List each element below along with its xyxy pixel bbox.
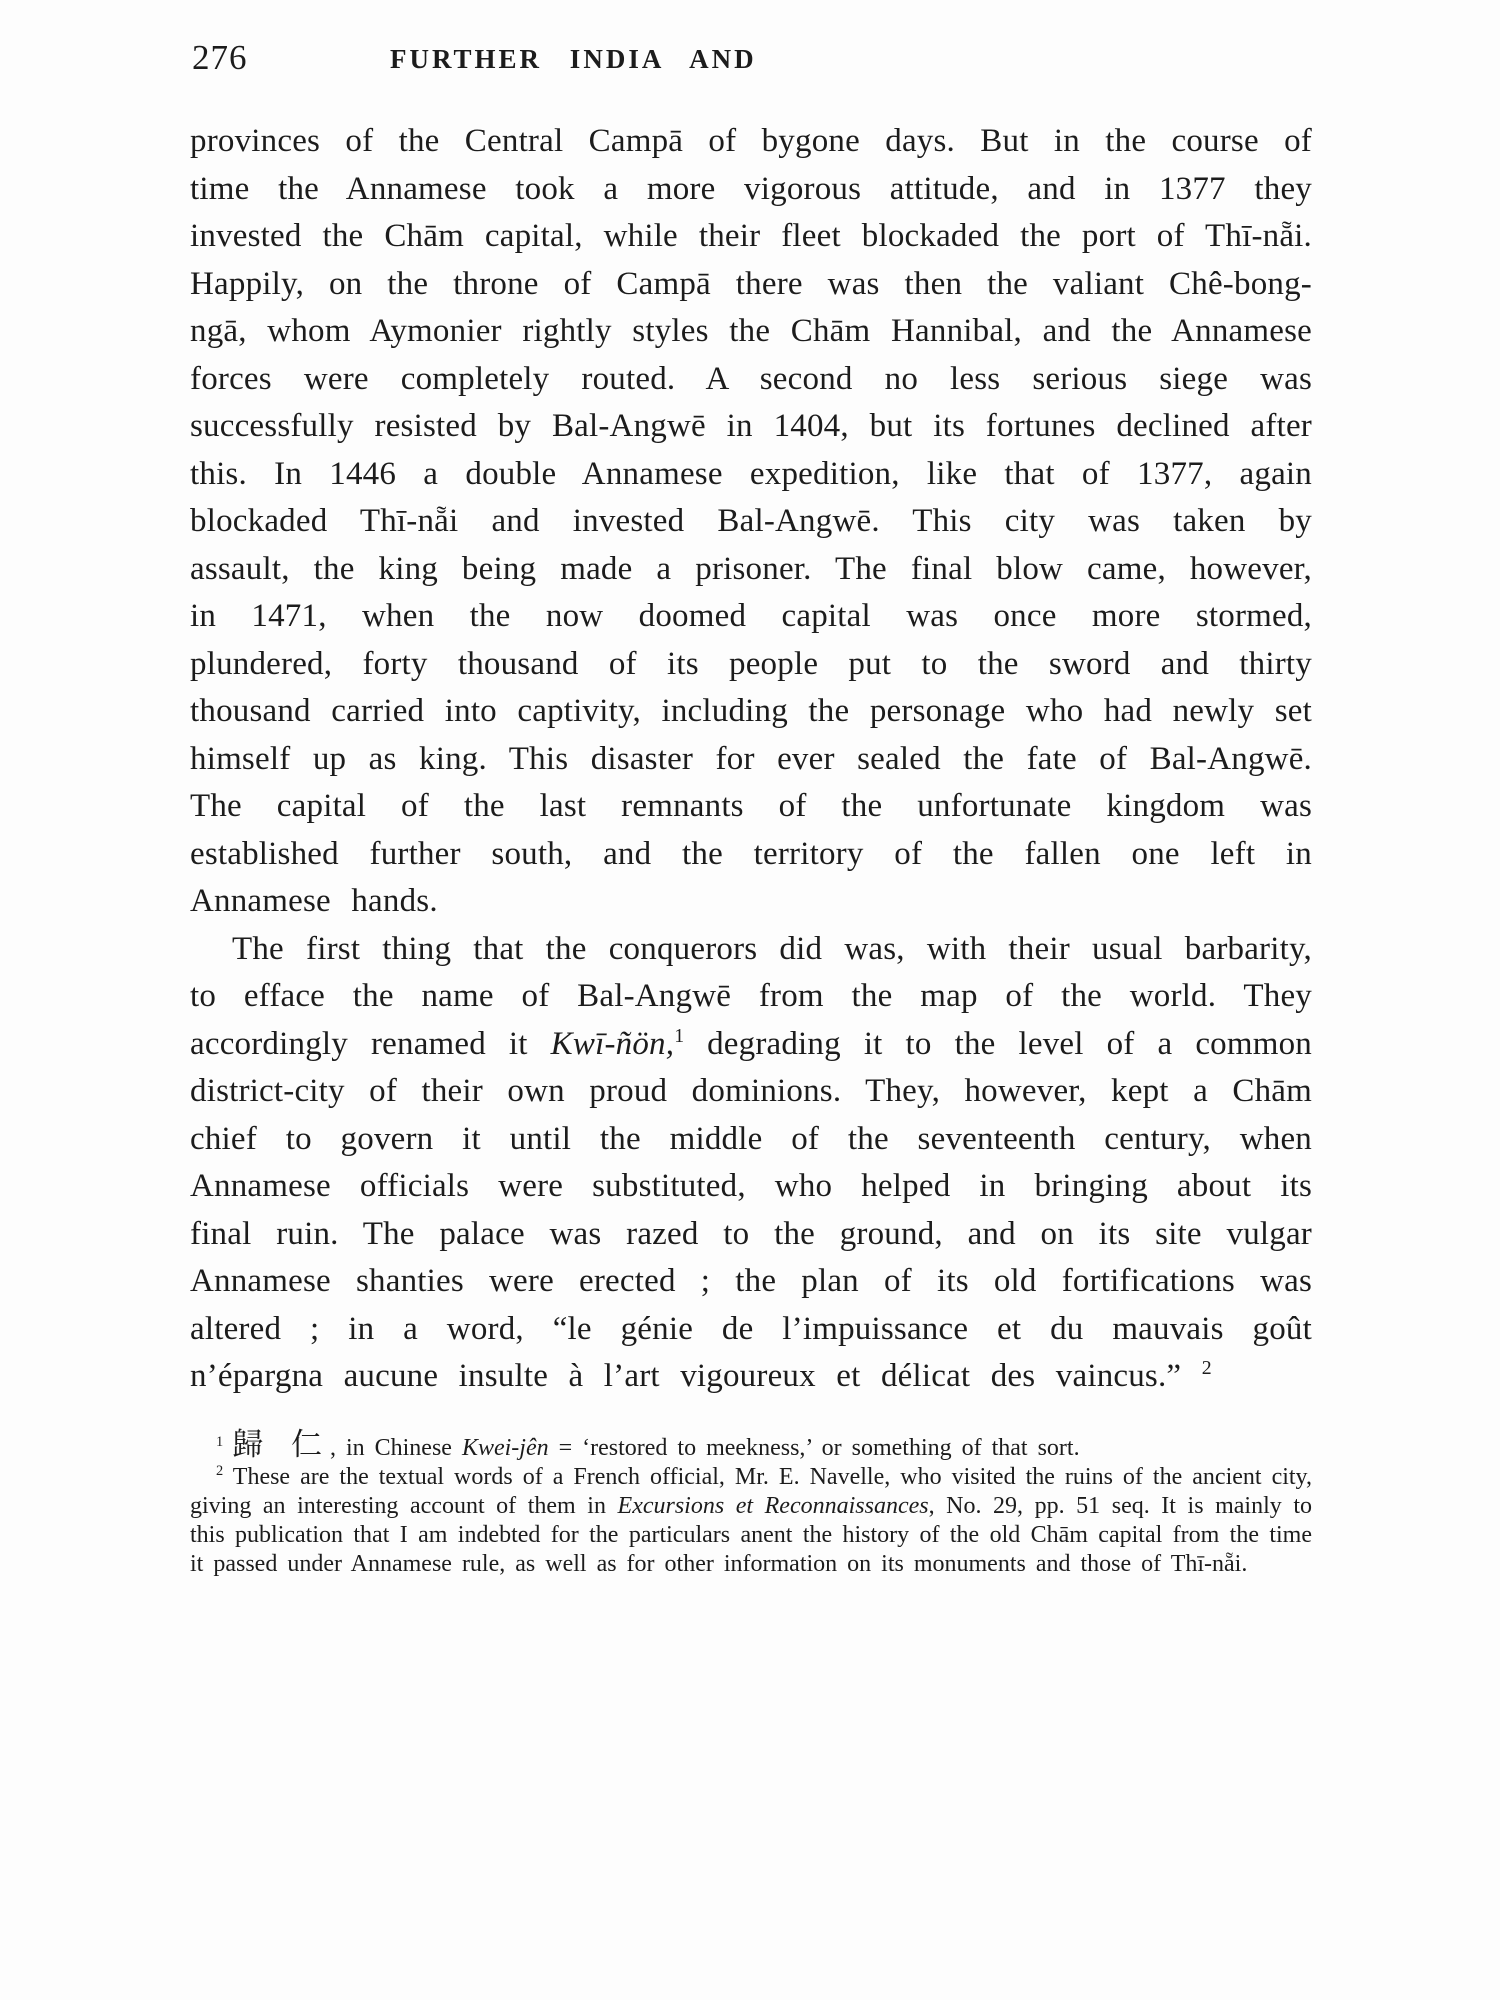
text-run: = ‘restored to meekness,’ or something o…	[549, 1435, 1080, 1461]
footnotes-section: 1歸 仁, in Chinese Kwei-jên = ‘restored to…	[190, 1429, 1312, 1579]
paragraph: The first thing that the conquerors did …	[190, 926, 1312, 1401]
text-run: provinces of the Central Campā of bygone…	[190, 123, 1312, 919]
footnote-number: 1	[216, 1434, 223, 1450]
footnote-marker-1: 1	[674, 1025, 684, 1047]
footnote-1: 1歸 仁, in Chinese Kwei-jên = ‘restored to…	[190, 1429, 1312, 1463]
footnote-2: 2 These are the textual words of a Frenc…	[190, 1463, 1312, 1579]
italic-term: Kwei-jên	[462, 1435, 549, 1461]
text-run: degrading it to the level of a common di…	[190, 1026, 1312, 1395]
text-run: , in Chinese	[330, 1435, 462, 1461]
page-number: 276	[192, 38, 248, 78]
page-header: 276 FURTHER INDIA AND	[190, 38, 1312, 86]
chinese-characters: 歸 仁	[232, 1427, 330, 1462]
italic-title: Excursions et Reconnaissances	[618, 1493, 929, 1519]
scanned-book-page: 276 FURTHER INDIA AND provinces of the C…	[0, 0, 1500, 2000]
page-body: provinces of the Central Campā of bygone…	[190, 118, 1312, 1401]
running-head: FURTHER INDIA AND	[390, 44, 757, 75]
footnote-marker-2: 2	[1202, 1357, 1212, 1379]
italic-term: Kwī-ñön,	[551, 1026, 675, 1062]
paragraph-continuation: provinces of the Central Campā of bygone…	[190, 118, 1312, 926]
